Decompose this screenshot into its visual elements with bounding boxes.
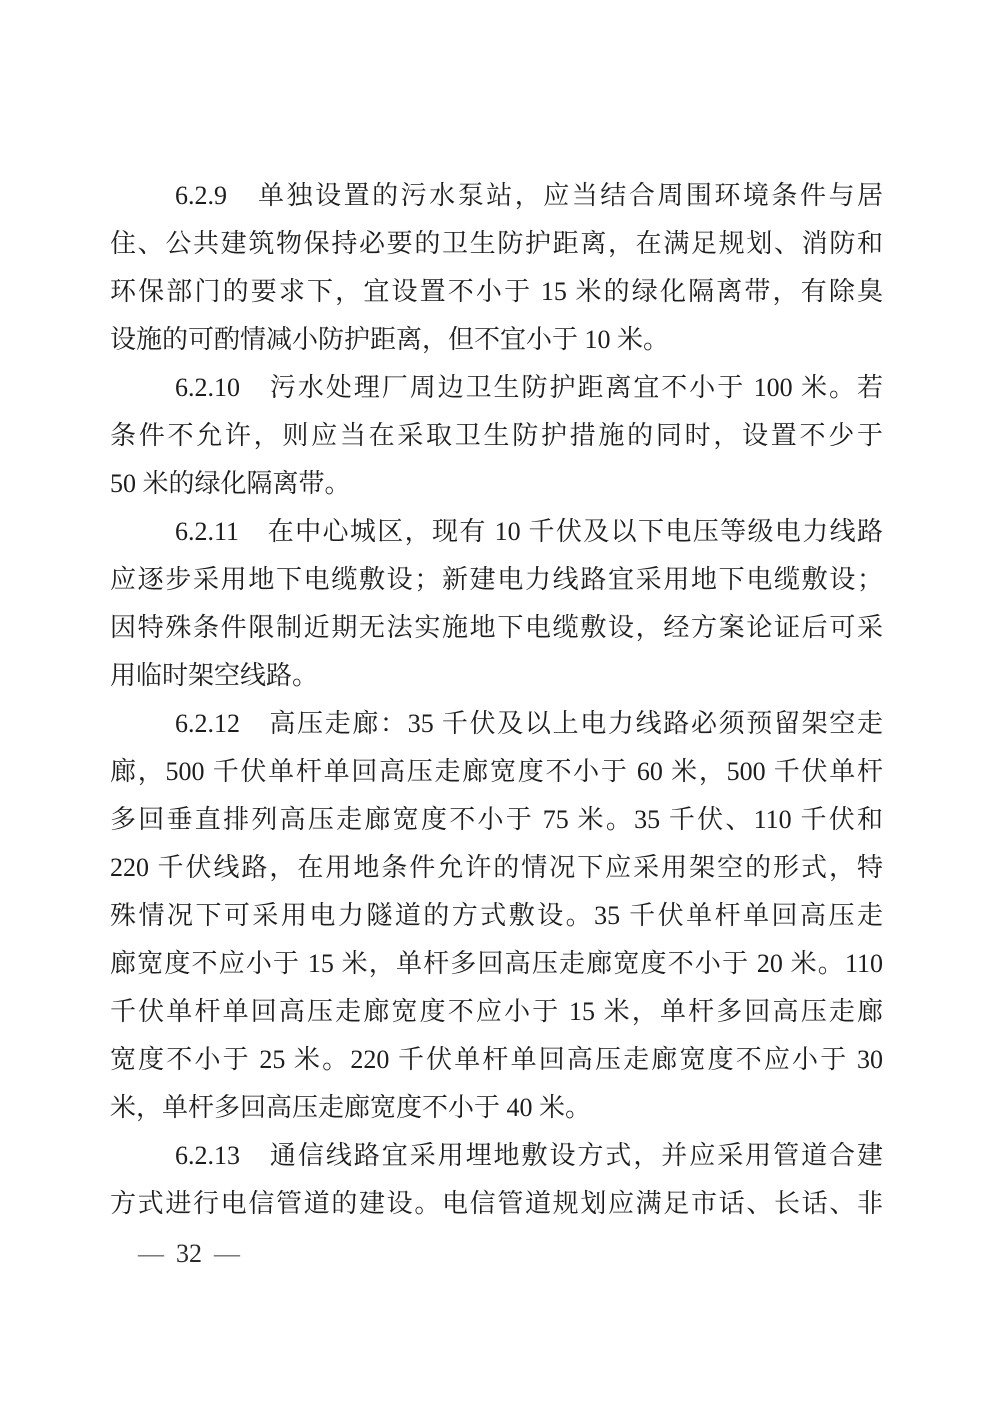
text-line: 6.2.11 在中心城区，现有 10 千伏及以下电压等级电力线路 — [110, 508, 883, 556]
section-6-2-11: 6.2.11 在中心城区，现有 10 千伏及以下电压等级电力线路 应逐步采用地下… — [110, 508, 883, 700]
text-line: 廊，500 千伏单杆单回高压走廊宽度不小于 60 米，500 千伏单杆 — [110, 748, 883, 796]
text-line: 多回垂直排列高压走廊宽度不小于 75 米。35 千伏、110 千伏和 — [110, 796, 883, 844]
text-line: 设施的可酌情减小防护距离，但不宜小于 10 米。 — [110, 316, 883, 364]
text-line: 50 米的绿化隔离带。 — [110, 460, 883, 508]
text-line: 千伏单杆单回高压走廊宽度不应小于 15 米，单杆多回高压走廊 — [110, 988, 883, 1036]
section-6-2-12: 6.2.12 高压走廊：35 千伏及以上电力线路必须预留架空走 廊，500 千伏… — [110, 700, 883, 1132]
text-line: 廊宽度不应小于 15 米，单杆多回高压走廊宽度不小于 20 米。110 — [110, 940, 883, 988]
text-line: 环保部门的要求下，宜设置不小于 15 米的绿化隔离带，有除臭 — [110, 268, 883, 316]
text-line: 应逐步采用地下电缆敷设；新建电力线路宜采用地下电缆敷设； — [110, 556, 883, 604]
page-footer: —32— — [138, 1236, 240, 1272]
text-line: 220 千伏线路，在用地条件允许的情况下应采用架空的形式，特 — [110, 844, 883, 892]
text-line: 因特殊条件限制近期无法实施地下电缆敷设，经方案论证后可采 — [110, 604, 883, 652]
text-line: 6.2.12 高压走廊：35 千伏及以上电力线路必须预留架空走 — [110, 700, 883, 748]
text-line: 6.2.9 单独设置的污水泵站，应当结合周围环境条件与居 — [110, 172, 883, 220]
page-number: 32 — [176, 1239, 202, 1268]
document-page: 6.2.9 单独设置的污水泵站，应当结合周围环境条件与居 住、公共建筑物保持必要… — [0, 0, 992, 1404]
text-line: 用临时架空线路。 — [110, 652, 883, 700]
text-line: 6.2.13 通信线路宜采用埋地敷设方式，并应采用管道合建 — [110, 1132, 883, 1180]
section-6-2-10: 6.2.10 污水处理厂周边卫生防护距离宜不小于 100 米。若 条件不允许，则… — [110, 364, 883, 508]
text-line: 6.2.10 污水处理厂周边卫生防护距离宜不小于 100 米。若 — [110, 364, 883, 412]
text-line: 宽度不小于 25 米。220 千伏单杆单回高压走廊宽度不应小于 30 — [110, 1036, 883, 1084]
section-6-2-9: 6.2.9 单独设置的污水泵站，应当结合周围环境条件与居 住、公共建筑物保持必要… — [110, 172, 883, 364]
text-line: 条件不允许，则应当在采取卫生防护措施的同时，设置不少于 — [110, 412, 883, 460]
text-line: 米，单杆多回高压走廊宽度不小于 40 米。 — [110, 1084, 883, 1132]
document-body: 6.2.9 单独设置的污水泵站，应当结合周围环境条件与居 住、公共建筑物保持必要… — [110, 172, 883, 1228]
text-line: 方式进行电信管道的建设。电信管道规划应满足市话、长话、非 — [110, 1180, 883, 1228]
text-line: 殊情况下可采用电力隧道的方式敷设。35 千伏单杆单回高压走 — [110, 892, 883, 940]
footer-dash-left: — — [138, 1239, 164, 1268]
footer-dash-right: — — [214, 1239, 240, 1268]
text-line: 住、公共建筑物保持必要的卫生防护距离，在满足规划、消防和 — [110, 220, 883, 268]
section-6-2-13: 6.2.13 通信线路宜采用埋地敷设方式，并应采用管道合建 方式进行电信管道的建… — [110, 1132, 883, 1228]
